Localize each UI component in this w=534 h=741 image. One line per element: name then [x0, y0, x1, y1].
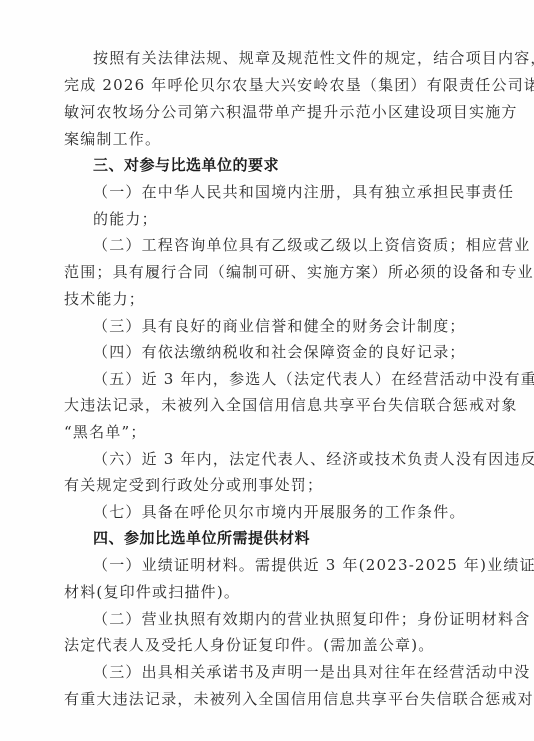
paragraph-line: （一）业绩证明材料。需提供近 3 年(2023-2025 年)业绩证明 — [93, 552, 474, 578]
paragraph-line: 有关规定受到行政处分或刑事处罚； — [64, 472, 474, 498]
paragraph-line: 材料(复印件或扫描件)。 — [64, 579, 474, 605]
paragraph-line: （一）在中华人民共和国境内注册，具有独立承担民事责任 — [93, 179, 474, 205]
paragraph-line: （二）工程咨询单位具有乙级或乙级以上资信资质；相应营业 — [93, 232, 474, 258]
paragraph-line: （四）有依法缴纳税收和社会保障资金的良好记录； — [93, 339, 474, 365]
paragraph-line: 案编制工作。 — [64, 126, 474, 152]
paragraph-line: （五）近 3 年内，参选人（法定代表人）在经营活动中没有重 — [93, 366, 474, 392]
paragraph-line: （三）具有良好的商业信誉和健全的财务会计制度； — [93, 313, 474, 339]
section-heading-4: 四、参加比选单位所需提供材料 — [93, 525, 310, 551]
section-heading-3: 三、对参与比选单位的要求 — [93, 152, 279, 178]
paragraph-line: 大违法记录，未被列入全国信用信息共享平台失信联合惩戒对象 — [64, 392, 474, 418]
paragraph-line: 法定代表人及受托人身份证复印件。(需加盖公章)。 — [64, 632, 474, 658]
document-page: 按照有关法律法规、规章及规范性文件的规定，结合项目内容， 完成 2026 年呼伦… — [0, 0, 534, 741]
paragraph-line: 范围；具有履行合同（编制可研、实施方案）所必须的设备和专业 — [64, 259, 474, 285]
paragraph-line: 完成 2026 年呼伦贝尔农垦大兴安岭农垦（集团）有限责任公司诺 — [64, 72, 474, 98]
paragraph-line: （三）出具相关承诺书及声明一是出具对往年在经营活动中没 — [93, 659, 474, 685]
paragraph-line: 技术能力； — [64, 286, 474, 312]
paragraph-line: （七）具备在呼伦贝尔市境内开展服务的工作条件。 — [93, 499, 474, 525]
paragraph-line: （二）营业执照有效期内的营业执照复印件；身份证明材料含 — [93, 606, 474, 632]
paragraph-line: （六）近 3 年内，法定代表人、经济或技术负责人没有因违反 — [93, 446, 474, 472]
paragraph-line: 按照有关法律法规、规章及规范性文件的规定，结合项目内容， — [93, 45, 474, 71]
paragraph-line: 有重大违法记录，未被列入全国信用信息共享平台失信联合惩戒对 — [64, 686, 474, 712]
paragraph-line: 敏河农牧场分公司第六积温带单产提升示范小区建设项目实施方 — [64, 99, 474, 125]
paragraph-line: “黑名单”； — [64, 419, 474, 445]
paragraph-line: 的能力； — [93, 206, 474, 232]
